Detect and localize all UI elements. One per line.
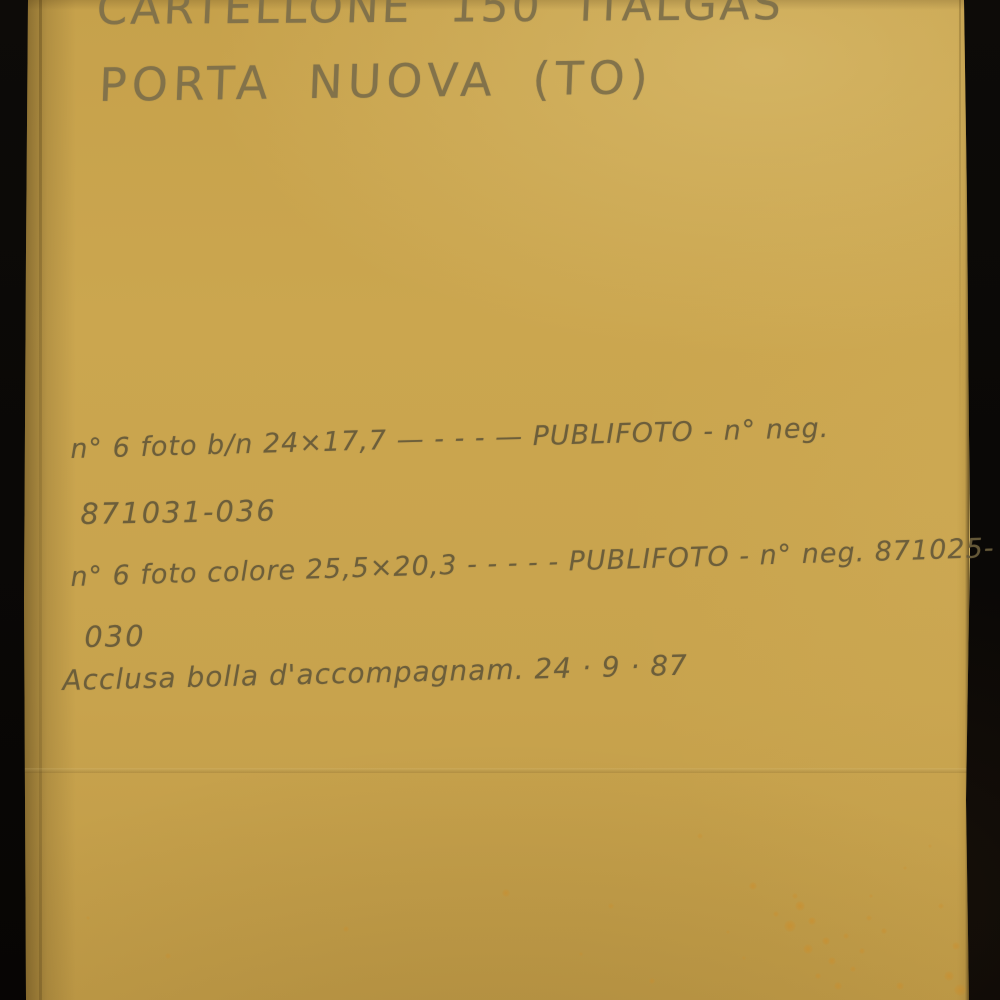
title-line-2: PORTA NUOVA (TO) (98, 50, 654, 112)
note-line-4: 030 (84, 619, 146, 654)
horizontal-crease (24, 768, 970, 773)
spine-shadow (24, 0, 76, 1000)
spine-crease-line (39, 0, 42, 1000)
photo-background: CARTELLONE 150 ITALGAS PORTA NUOVA (TO) … (0, 0, 1000, 1000)
note-line-2: 871031-036 (80, 494, 277, 531)
page-edge-crease (959, 0, 961, 450)
title-line-1: CARTELLONE 150 ITALGAS (96, 0, 785, 35)
